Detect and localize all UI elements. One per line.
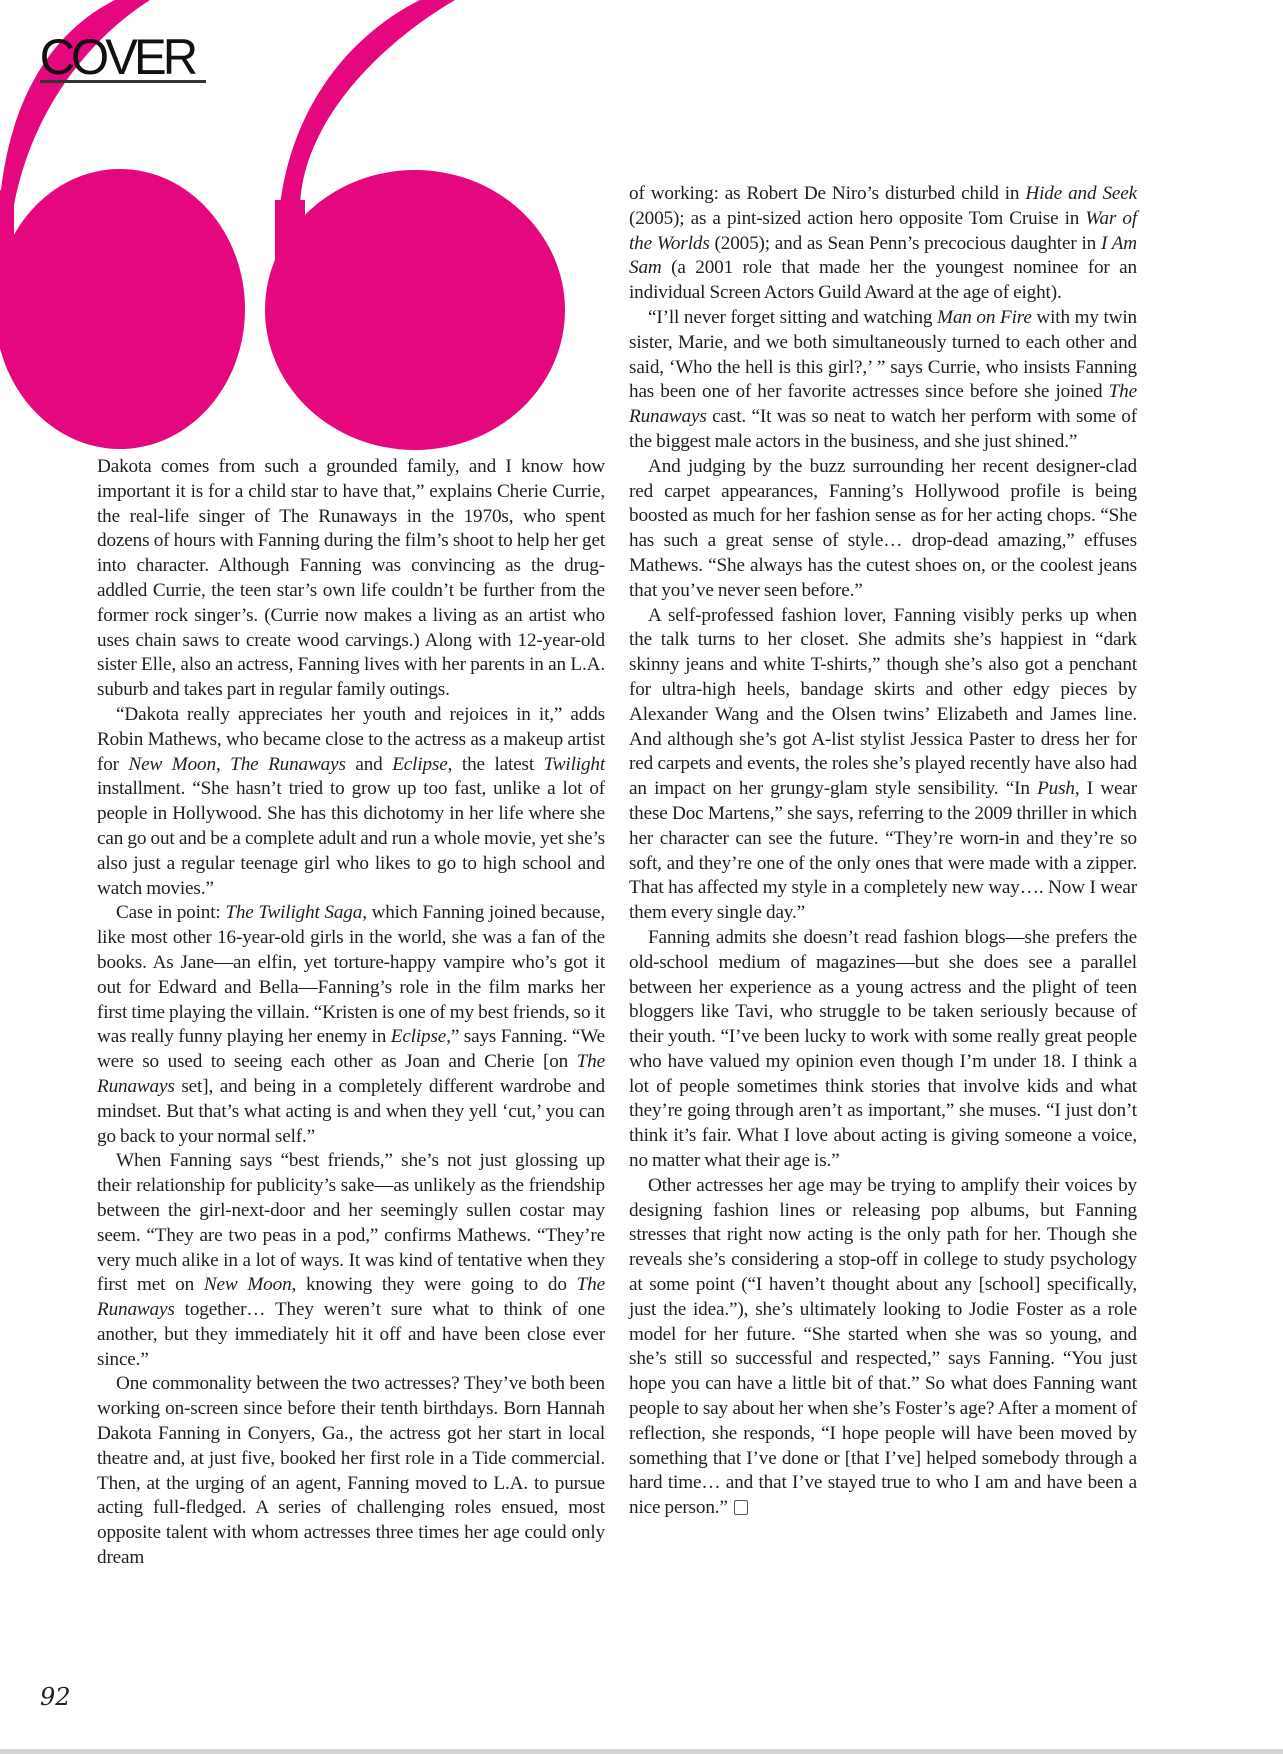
article-paragraph: When Fanning says “best friends,” she’s … xyxy=(97,1149,605,1372)
title-reference: Eclipse xyxy=(392,754,447,775)
title-reference: Eclipse xyxy=(391,1026,446,1047)
title-reference: The Runaways xyxy=(230,754,346,775)
paragraph-text: , xyxy=(216,754,230,775)
article-paragraph: “Dakota really appreciates her youth and… xyxy=(97,703,605,901)
article-paragraph: Case in point: The Twilight Saga, which … xyxy=(97,901,605,1149)
paragraph-text: One commonality between the two actresse… xyxy=(97,1373,605,1568)
title-reference: The Twilight Saga xyxy=(225,902,362,923)
paragraph-text: (2005); as a pint-sized action hero oppo… xyxy=(629,208,1085,229)
title-reference: Twilight xyxy=(544,754,605,775)
title-reference: New Moon xyxy=(204,1274,292,1295)
article-paragraph: And judging by the buzz surrounding her … xyxy=(629,455,1137,604)
paragraph-text: of working: as Robert De Niro’s disturbe… xyxy=(629,183,1025,204)
title-reference: Hide and Seek xyxy=(1025,183,1137,204)
article-column-left: Dakota comes from such a grounded family… xyxy=(97,455,605,1571)
article-paragraph: Other actresses her age may be trying to… xyxy=(629,1174,1137,1521)
article-paragraph: “I’ll never forget sitting and watching … xyxy=(629,306,1137,455)
title-reference: Push xyxy=(1037,778,1075,799)
paragraph-text: , I wear these Doc Martens,” she says, r… xyxy=(629,778,1137,923)
paragraph-text: “I’ll never forget sitting and watching xyxy=(648,307,937,328)
paragraph-text: Other actresses her age may be trying to… xyxy=(629,1175,1137,1518)
article-paragraph: Fanning admits she doesn’t read fashion … xyxy=(629,926,1137,1174)
paragraph-text: (a 2001 role that made her the young­est… xyxy=(629,257,1137,303)
section-header-underline xyxy=(40,80,206,83)
article-paragraph: Dakota comes from such a grounded family… xyxy=(97,455,605,703)
paragraph-text: , the latest xyxy=(448,754,544,775)
paragraph-text: , knowing they were going to do xyxy=(292,1274,577,1295)
paragraph-text: Fanning admits she doesn’t read fashion … xyxy=(629,927,1137,1171)
end-of-article-mark-icon xyxy=(734,1500,748,1515)
title-reference: Man on Fire xyxy=(937,307,1032,328)
section-header: COVER xyxy=(40,32,195,82)
article-paragraph: A self-professed fashion lover, Fanning … xyxy=(629,604,1137,926)
paragraph-text: Dakota comes from such a grounded family… xyxy=(97,456,605,700)
page-bottom-edge xyxy=(0,1749,1283,1754)
article-column-right: of working: as Robert De Niro’s disturbe… xyxy=(629,182,1137,1521)
article-paragraph: of working: as Robert De Niro’s disturbe… xyxy=(629,182,1137,306)
article-paragraph: One commonality between the two actresse… xyxy=(97,1372,605,1570)
paragraph-text: (2005); and as Sean Penn’s precocious da… xyxy=(710,233,1101,254)
paragraph-text: Case in point: xyxy=(116,902,225,923)
title-reference: New Moon xyxy=(129,754,216,775)
paragraph-text: and xyxy=(346,754,392,775)
page-number: 92 xyxy=(40,1683,71,1711)
paragraph-text: installment. “She hasn’t tried to grow u… xyxy=(97,778,605,898)
paragraph-text: A self-professed fashion lover, Fanning … xyxy=(629,605,1137,800)
paragraph-text: And judging by the buzz surrounding her … xyxy=(629,456,1137,601)
